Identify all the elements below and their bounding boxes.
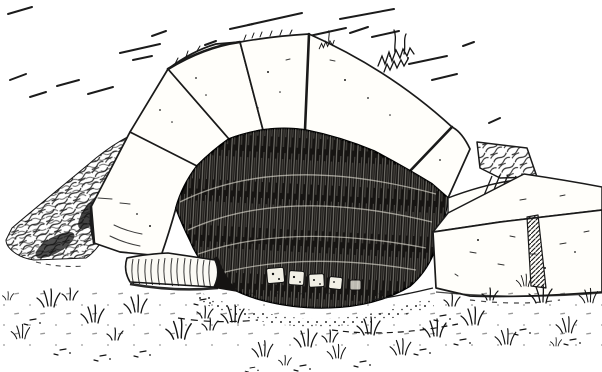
illustration-canvas: Rough semicircular arch of massive stone…	[0, 0, 602, 372]
engraving-illustration: Rough semicircular arch of massive stone…	[0, 0, 602, 372]
